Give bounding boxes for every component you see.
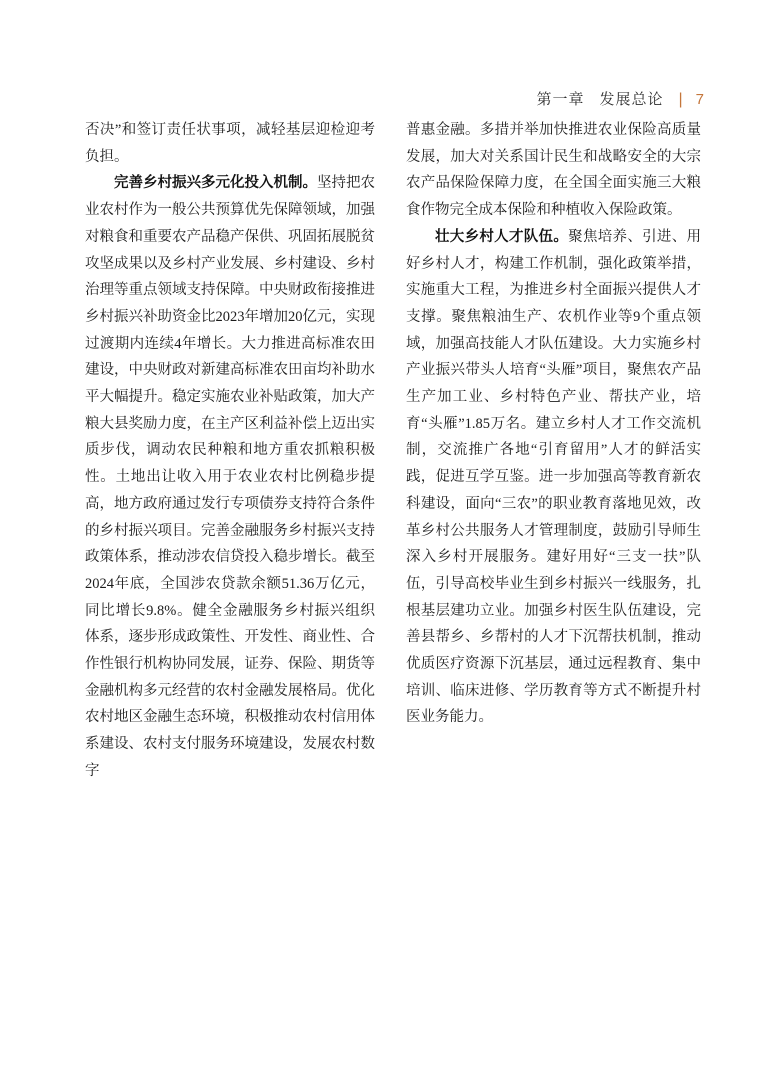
- right-column: 普惠金融。多措并举加快推进农业保险高质量发展，加大对关系国计民生和战略安全的大宗…: [406, 117, 701, 785]
- text-columns: 否决”和签订责任状事项，减轻基层迎检迎考负担。 完善乡村振兴多元化投入机制。坚持…: [85, 117, 701, 785]
- chapter-label: 第一章: [536, 88, 584, 109]
- header-separator: |: [679, 91, 684, 109]
- paragraph: 完善乡村振兴多元化投入机制。坚持把农业农村作为一般公共预算优先保障领域，加强对粮…: [85, 170, 375, 784]
- paragraph-text: 普惠金融。多措并举加快推进农业保险高质量发展，加大对关系国计民生和战略安全的大宗…: [406, 122, 701, 218]
- paragraph-text: 聚焦培养、引进、用好乡村人才，构建工作机制，强化政策举措，实施重大工程，为推进乡…: [406, 229, 701, 726]
- page-header: 第一章 发展总论 | 7: [536, 88, 705, 109]
- paragraph-heading: 壮大乡村人才队伍。: [435, 229, 568, 245]
- paragraph: 壮大乡村人才队伍。聚焦培养、引进、用好乡村人才，构建工作机制，强化政策举措，实施…: [406, 224, 701, 731]
- left-column: 否决”和签订责任状事项，减轻基层迎检迎考负担。 完善乡村振兴多元化投入机制。坚持…: [85, 117, 375, 785]
- paragraph-text: 否决”和签订责任状事项，减轻基层迎检迎考负担。: [85, 122, 375, 165]
- page-number: 7: [696, 91, 705, 108]
- paragraph-continuation: 否决”和签订责任状事项，减轻基层迎检迎考负担。: [85, 117, 375, 170]
- paragraph-text: 坚持把农业农村作为一般公共预算优先保障领域，加强对粮食和重要农产品稳产保供、巩固…: [85, 175, 375, 778]
- paragraph-heading: 完善乡村振兴多元化投入机制。: [114, 175, 317, 191]
- document-page: 第一章 发展总论 | 7 否决”和签订责任状事项，减轻基层迎检迎考负担。 完善乡…: [0, 0, 782, 1068]
- chapter-title: 发展总论: [599, 88, 663, 109]
- paragraph-continuation: 普惠金融。多措并举加快推进农业保险高质量发展，加大对关系国计民生和战略安全的大宗…: [406, 117, 701, 224]
